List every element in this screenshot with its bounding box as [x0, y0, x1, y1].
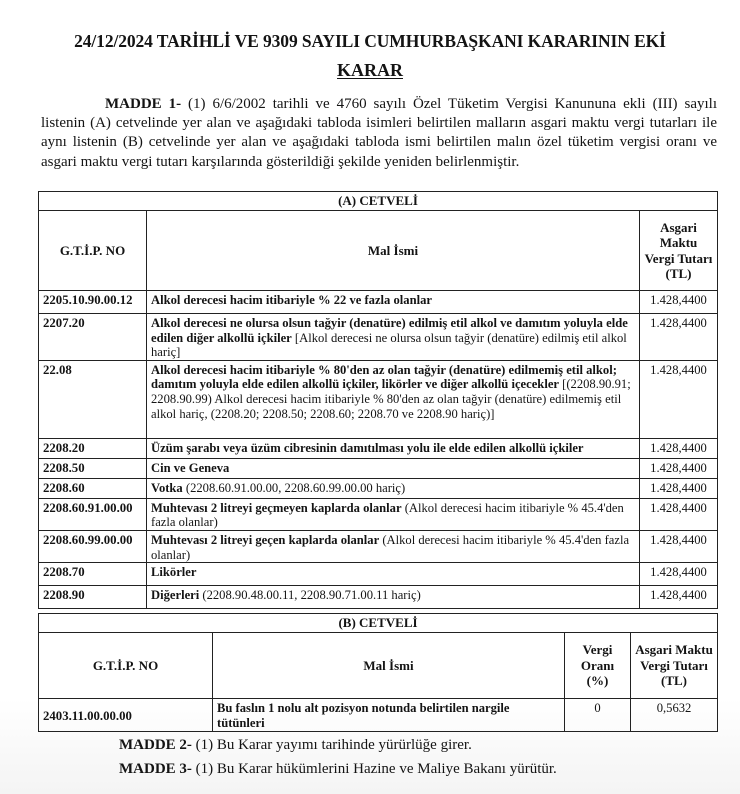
- madde-2-label: MADDE 2-: [119, 737, 192, 753]
- table-a: (A) CETVELİ G.T.İ.P. NO Mal İsmi Asgari …: [38, 191, 718, 609]
- table-row: 2207.20Alkol derecesi ne olursa olsun ta…: [39, 314, 718, 361]
- table-a-header-amount: Asgari Maktu Vergi Tutarı (TL): [640, 211, 718, 291]
- table-row: 2208.20Üzüm şarabı veya üzüm cibresinin …: [39, 438, 718, 458]
- gtip-code: 2208.60: [39, 478, 147, 498]
- table-row: 2205.10.90.00.12Alkol derecesi hacim iti…: [39, 291, 718, 314]
- gtip-code: 2207.20: [39, 314, 147, 361]
- min-tax-amount: 1.428,4400: [640, 563, 718, 586]
- table-row: 2208.90Diğerleri (2208.90.48.00.11, 2208…: [39, 586, 718, 609]
- table-row: 22.08Alkol derecesi hacim itibariyle % 8…: [39, 360, 718, 438]
- min-tax-amount: 1.428,4400: [640, 360, 718, 438]
- document-title: 24/12/2024 TARİHLİ VE 9309 SAYILI CUMHUR…: [0, 31, 740, 52]
- madde-2: MADDE 2- (1) Bu Karar yayımı tarihinde y…: [119, 737, 472, 754]
- table-row: 2208.70Likörler1.428,4400: [39, 563, 718, 586]
- item-name: Muhtevası 2 litreyi geçen kaplarda olanl…: [147, 530, 640, 562]
- table-a-caption: (A) CETVELİ: [39, 192, 718, 211]
- min-tax-amount: 1.428,4400: [640, 314, 718, 361]
- item-name: Diğerleri (2208.90.48.00.11, 2208.90.71.…: [147, 586, 640, 609]
- min-tax-amount: 1.428,4400: [640, 498, 718, 530]
- gtip-code: 2208.70: [39, 563, 147, 586]
- item-name: Likörler: [147, 563, 640, 586]
- min-tax-amount: 1.428,4400: [640, 458, 718, 478]
- item-name: Votka (2208.60.91.00.00, 2208.60.99.00.0…: [147, 478, 640, 498]
- madde-2-text: (1) Bu Karar yayımı tarihinde yürürlüğe …: [192, 737, 472, 753]
- min-tax-amount: 1.428,4400: [640, 438, 718, 458]
- min-tax-amount: 1.428,4400: [640, 478, 718, 498]
- document-subtitle: KARAR: [0, 60, 740, 81]
- gtip-code: 2208.20: [39, 438, 147, 458]
- table-a-header-code: G.T.İ.P. NO: [39, 211, 147, 291]
- table-row: 2208.50Cin ve Geneva1.428,4400: [39, 458, 718, 478]
- table-row: 2208.60Votka (2208.60.91.00.00, 2208.60.…: [39, 478, 718, 498]
- table-b-header-amount: Asgari Maktu Vergi Tutarı (TL): [631, 633, 718, 699]
- item-name: Alkol derecesi hacim itibariyle % 22 ve …: [147, 291, 640, 314]
- gtip-code: 2208.50: [39, 458, 147, 478]
- item-name: Üzüm şarabı veya üzüm cibresinin damıtıl…: [147, 438, 640, 458]
- madde-3-label: MADDE 3-: [119, 761, 192, 777]
- table-b-caption: (B) CETVELİ: [39, 614, 718, 633]
- madde-3-text: (1) Bu Karar hükümlerini Hazine ve Maliy…: [192, 761, 557, 777]
- gtip-code: 22.08: [39, 360, 147, 438]
- item-name: Alkol derecesi ne olursa olsun tağyir (d…: [147, 314, 640, 361]
- gtip-code: 2208.60.91.00.00: [39, 498, 147, 530]
- item-name: Cin ve Geneva: [147, 458, 640, 478]
- madde-1-label: MADDE 1-: [105, 96, 181, 112]
- min-tax-amount: 1.428,4400: [640, 586, 718, 609]
- madde-3: MADDE 3- (1) Bu Karar hükümlerini Hazine…: [119, 761, 557, 778]
- tax-rate: 0: [565, 699, 631, 732]
- table-b-header-name: Mal İsmi: [213, 633, 565, 699]
- table-row: 2403.11.00.00.00Bu faslın 1 nolu alt poz…: [39, 699, 718, 732]
- table-a-header-name: Mal İsmi: [147, 211, 640, 291]
- gtip-code: 2403.11.00.00.00: [39, 699, 213, 732]
- gtip-code: 2208.60.99.00.00: [39, 530, 147, 562]
- table-row: 2208.60.99.00.00Muhtevası 2 litreyi geçe…: [39, 530, 718, 562]
- item-name: Alkol derecesi hacim itibariyle % 80'den…: [147, 360, 640, 438]
- gtip-code: 2205.10.90.00.12: [39, 291, 147, 314]
- min-tax-amount: 1.428,4400: [640, 530, 718, 562]
- madde-1: MADDE 1- (1) 6/6/2002 tarihli ve 4760 sa…: [41, 95, 717, 172]
- table-b-header-rate: Vergi Oranı (%): [565, 633, 631, 699]
- item-name: Muhtevası 2 litreyi geçmeyen kaplarda ol…: [147, 498, 640, 530]
- item-name: Bu faslın 1 nolu alt pozisyon notunda be…: [213, 699, 565, 732]
- min-tax-amount: 0,5632: [631, 699, 718, 732]
- table-b-header-code: G.T.İ.P. NO: [39, 633, 213, 699]
- table-row: 2208.60.91.00.00Muhtevası 2 litreyi geçm…: [39, 498, 718, 530]
- min-tax-amount: 1.428,4400: [640, 291, 718, 314]
- table-b: (B) CETVELİ G.T.İ.P. NO Mal İsmi Vergi O…: [38, 613, 718, 732]
- gtip-code: 2208.90: [39, 586, 147, 609]
